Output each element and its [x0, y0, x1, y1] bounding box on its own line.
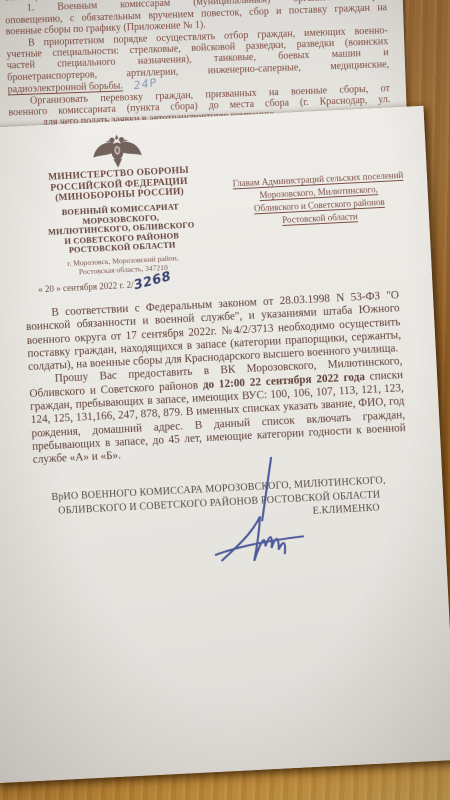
letter-body: В соответствии с Федеральным законом от … — [25, 289, 407, 467]
handwritten-annotation: 24Р — [133, 77, 158, 92]
main-letter-sheet: МИНИСТЕРСТВО ОБОРОНЫ РОССИЙСКОЙ ФЕДЕРАЦИ… — [0, 106, 450, 783]
ink-signature-icon — [209, 498, 309, 583]
recipient-block: Главам Администраций сельских поселений … — [213, 168, 425, 231]
letter-content: МИНИСТЕРСТВО ОБОРОНЫ РОССИЙСКОЙ ФЕДЕРАЦИ… — [0, 106, 450, 783]
letterhead-ministry: МИНИСТЕРСТВО ОБОРОНЫ РОССИЙСКОЙ ФЕДЕРАЦИ… — [22, 164, 215, 205]
paragraph-2: Прошу Вас предоставить в ВК Морозовского… — [29, 356, 407, 468]
photo-of-military-letter: оповещению и поставке гражда 1. Военным … — [0, 0, 450, 800]
date-text: « 20 » сентября 2022 г. 2/ — [38, 280, 134, 295]
letterhead-commissariat: ВОЕННЫЙ КОМИССАРИАТ МОРОЗОВСКОГО, МИЛЮТИ… — [24, 200, 218, 258]
mod-eagle-emblem-icon — [90, 130, 144, 171]
